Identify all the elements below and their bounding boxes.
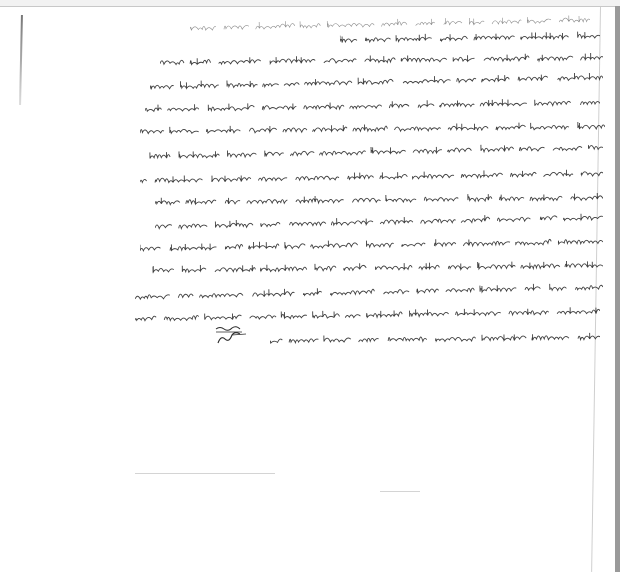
scanned-document-page — [0, 7, 615, 572]
handwritten-line — [160, 49, 603, 70]
handwritten-line — [140, 232, 603, 255]
viewer-top-bar — [0, 0, 620, 7]
handwritten-line — [135, 278, 603, 304]
scan-edge-left — [19, 15, 23, 105]
handwritten-line — [340, 27, 600, 47]
scan-artifact — [380, 491, 420, 492]
handwritten-line — [155, 189, 603, 210]
handwritten-line — [140, 138, 603, 164]
handwritten-line — [140, 118, 605, 139]
signature-mark — [212, 325, 248, 347]
handwritten-line — [135, 302, 600, 325]
handwritten-line — [155, 208, 603, 233]
scan-artifact — [135, 473, 275, 474]
handwritten-line — [270, 328, 600, 347]
handwritten-line — [140, 257, 603, 278]
handwritten-line — [145, 93, 600, 116]
vertical-scrollbar[interactable] — [615, 6, 620, 572]
handwritten-line — [140, 164, 603, 187]
handwritten-line — [150, 68, 603, 93]
